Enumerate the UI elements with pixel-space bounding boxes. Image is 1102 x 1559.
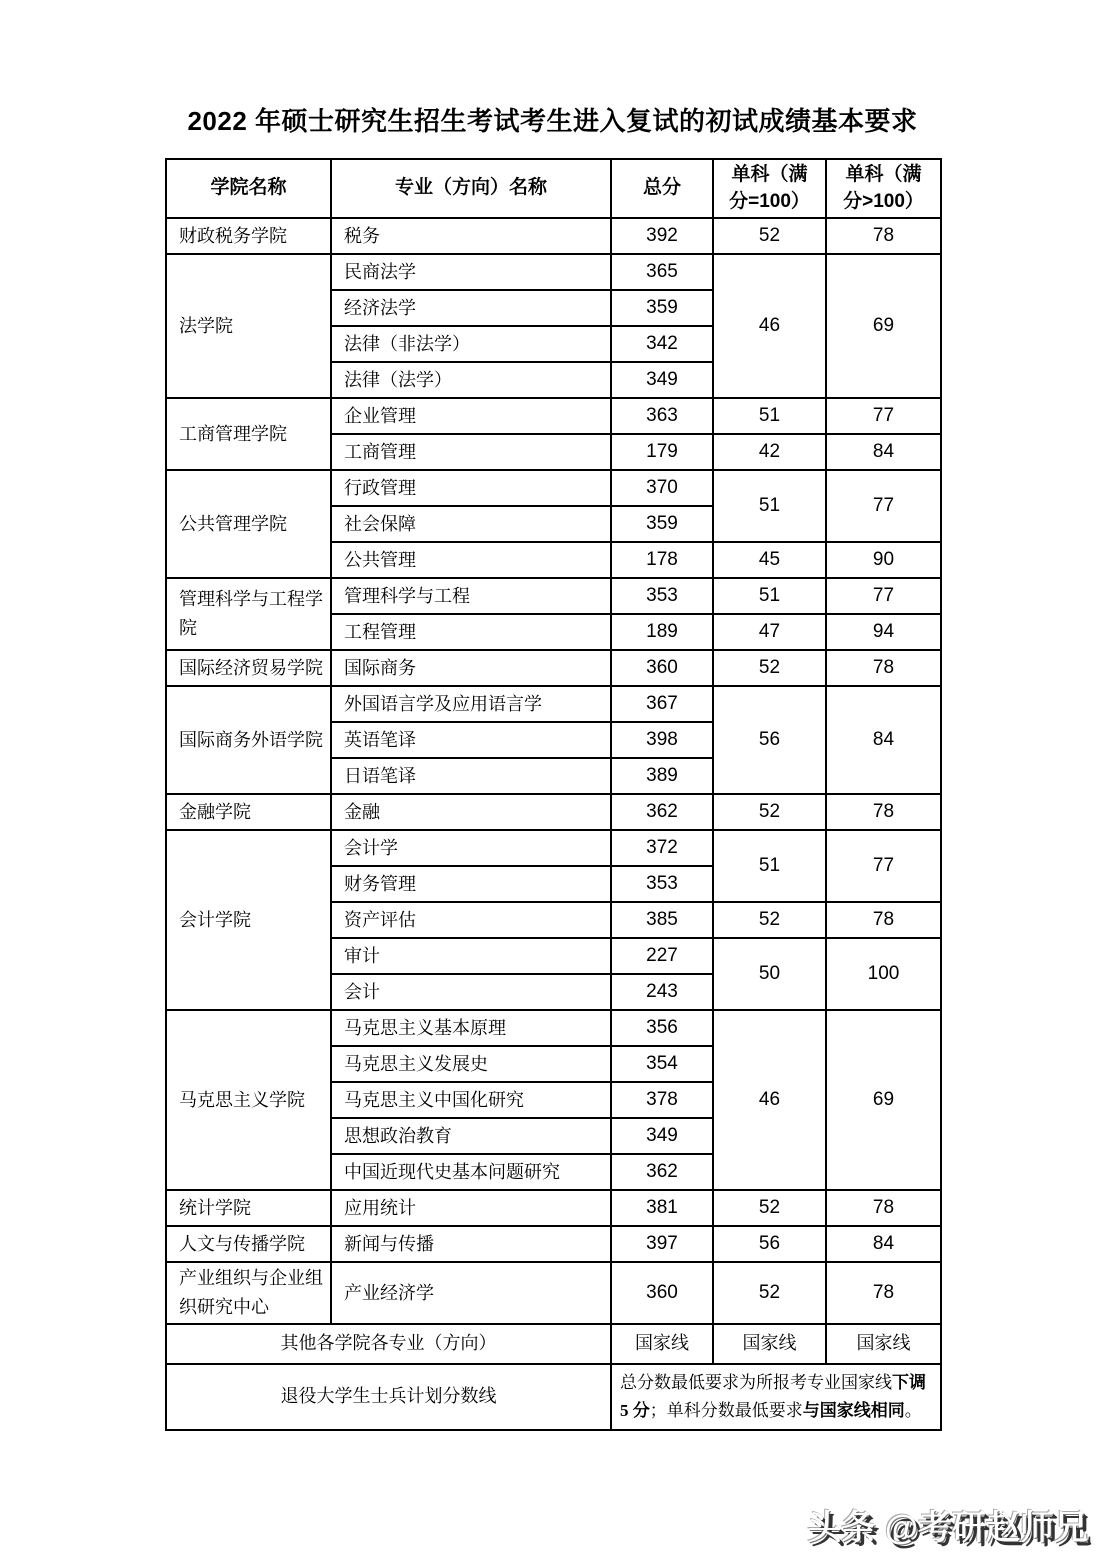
score-value-cell: 90 (826, 542, 941, 578)
table-row: 国际经济贸易学院国际商务3605278 (166, 650, 941, 686)
score-value-cell: 360 (611, 650, 713, 686)
score-value-cell: 385 (611, 902, 713, 938)
major-name-cell: 行政管理 (331, 470, 611, 506)
header-cell: 学院名称 (166, 159, 331, 218)
score-value-cell: 359 (611, 506, 713, 542)
score-value-cell: 398 (611, 722, 713, 758)
note-cell: 总分数最低要求为所报考专业国家线下调 5 分；单科分数最低要求与国家线相同。 (611, 1364, 941, 1430)
score-value-cell: 84 (826, 686, 941, 794)
major-name-cell: 法律（法学） (331, 362, 611, 398)
score-value-cell: 362 (611, 1154, 713, 1190)
table-row: 管理科学与工程学院管理科学与工程3535177 (166, 578, 941, 614)
table-row: 统计学院应用统计3815278 (166, 1190, 941, 1226)
score-value-cell: 397 (611, 1226, 713, 1262)
major-name-cell: 民商法学 (331, 254, 611, 290)
major-name-cell: 财务管理 (331, 866, 611, 902)
college-name-cell: 财政税务学院 (166, 218, 331, 254)
score-value-cell: 78 (826, 218, 941, 254)
college-name-cell: 金融学院 (166, 794, 331, 830)
major-name-cell: 产业经济学 (331, 1262, 611, 1324)
college-name-cell: 人文与传播学院 (166, 1226, 331, 1262)
score-value-cell: 356 (611, 1010, 713, 1046)
major-name-cell: 资产评估 (331, 902, 611, 938)
score-value-cell: 42 (713, 434, 826, 470)
score-value-cell: 353 (611, 578, 713, 614)
note-text: 。 (905, 1401, 922, 1420)
score-value-cell: 77 (826, 578, 941, 614)
major-name-cell: 日语笔译 (331, 758, 611, 794)
national-line-cell: 国家线 (713, 1324, 826, 1364)
major-name-cell: 应用统计 (331, 1190, 611, 1226)
score-value-cell: 178 (611, 542, 713, 578)
document-page: 2022 年硕士研究生招生考试考生进入复试的初试成绩基本要求 学院名称专业（方向… (0, 0, 1102, 1559)
score-value-cell: 381 (611, 1190, 713, 1226)
major-name-cell: 金融 (331, 794, 611, 830)
major-name-cell: 工商管理 (331, 434, 611, 470)
college-name-cell: 会计学院 (166, 830, 331, 1010)
major-name-cell: 审计 (331, 938, 611, 974)
score-value-cell: 51 (713, 398, 826, 434)
score-value-cell: 78 (826, 650, 941, 686)
score-value-cell: 359 (611, 290, 713, 326)
major-name-cell: 税务 (331, 218, 611, 254)
score-value-cell: 52 (713, 902, 826, 938)
major-name-cell: 思想政治教育 (331, 1118, 611, 1154)
score-value-cell: 189 (611, 614, 713, 650)
score-value-cell: 363 (611, 398, 713, 434)
score-value-cell: 354 (611, 1046, 713, 1082)
score-value-cell: 45 (713, 542, 826, 578)
score-value-cell: 349 (611, 1118, 713, 1154)
major-name-cell: 马克思主义中国化研究 (331, 1082, 611, 1118)
table-row: 马克思主义学院马克思主义基本原理3564669 (166, 1010, 941, 1046)
score-value-cell: 392 (611, 218, 713, 254)
college-name-cell: 法学院 (166, 254, 331, 398)
score-value-cell: 84 (826, 1226, 941, 1262)
college-name-cell: 马克思主义学院 (166, 1010, 331, 1190)
score-value-cell: 78 (826, 902, 941, 938)
score-value-cell: 362 (611, 794, 713, 830)
college-name-cell: 统计学院 (166, 1190, 331, 1226)
score-value-cell: 360 (611, 1262, 713, 1324)
major-name-cell: 经济法学 (331, 290, 611, 326)
score-value-cell: 52 (713, 1262, 826, 1324)
merged-label-cell: 退役大学生士兵计划分数线 (166, 1364, 611, 1430)
header-cell: 单科（满 分>100） (826, 159, 941, 218)
score-value-cell: 69 (826, 1010, 941, 1190)
national-line-cell: 国家线 (826, 1324, 941, 1364)
score-value-cell: 56 (713, 1226, 826, 1262)
table-row: 退役大学生士兵计划分数线总分数最低要求为所报考专业国家线下调 5 分；单科分数最… (166, 1364, 941, 1430)
score-value-cell: 342 (611, 326, 713, 362)
score-value-cell: 51 (713, 830, 826, 902)
note-text: 总分数最低要求为所报考专业国家线 (620, 1373, 892, 1392)
table-row: 财政税务学院税务3925278 (166, 218, 941, 254)
score-value-cell: 52 (713, 218, 826, 254)
national-line-cell: 国家线 (611, 1324, 713, 1364)
major-name-cell: 英语笔译 (331, 722, 611, 758)
major-name-cell: 会计学 (331, 830, 611, 866)
table-body: 财政税务学院税务3925278法学院民商法学3654669经济法学359法律（非… (166, 218, 941, 1430)
score-value-cell: 52 (713, 1190, 826, 1226)
major-name-cell: 法律（非法学） (331, 326, 611, 362)
major-name-cell: 社会保障 (331, 506, 611, 542)
major-name-cell: 会计 (331, 974, 611, 1010)
score-value-cell: 78 (826, 1262, 941, 1324)
table-row: 金融学院金融3625278 (166, 794, 941, 830)
score-value-cell: 389 (611, 758, 713, 794)
score-value-cell: 51 (713, 578, 826, 614)
major-name-cell: 公共管理 (331, 542, 611, 578)
major-name-cell: 管理科学与工程 (331, 578, 611, 614)
score-value-cell: 370 (611, 470, 713, 506)
score-value-cell: 367 (611, 686, 713, 722)
score-value-cell: 78 (826, 1190, 941, 1226)
score-value-cell: 353 (611, 866, 713, 902)
score-value-cell: 100 (826, 938, 941, 1010)
college-name-cell: 产业组织与企业组织研究中心 (166, 1262, 331, 1324)
college-name-cell: 公共管理学院 (166, 470, 331, 578)
score-value-cell: 56 (713, 686, 826, 794)
table-row: 工商管理学院企业管理3635177 (166, 398, 941, 434)
table-row: 公共管理学院行政管理3705177 (166, 470, 941, 506)
score-value-cell: 46 (713, 254, 826, 398)
major-name-cell: 国际商务 (331, 650, 611, 686)
header-row: 学院名称专业（方向）名称总分单科（满 分=100）单科（满 分>100） (166, 159, 941, 218)
score-value-cell: 179 (611, 434, 713, 470)
score-table: 学院名称专业（方向）名称总分单科（满 分=100）单科（满 分>100） 财政税… (165, 158, 942, 1431)
score-value-cell: 47 (713, 614, 826, 650)
merged-label-cell: 其他各学院各专业（方向） (166, 1324, 611, 1364)
score-value-cell: 77 (826, 470, 941, 542)
college-name-cell: 工商管理学院 (166, 398, 331, 470)
header-cell: 单科（满 分=100） (713, 159, 826, 218)
score-value-cell: 378 (611, 1082, 713, 1118)
score-value-cell: 365 (611, 254, 713, 290)
table-row: 法学院民商法学3654669 (166, 254, 941, 290)
note-bold-text: 与国家线相同 (803, 1401, 905, 1420)
page-title: 2022 年硕士研究生招生考试考生进入复试的初试成绩基本要求 (165, 101, 940, 138)
score-value-cell: 50 (713, 938, 826, 1010)
score-value-cell: 51 (713, 470, 826, 542)
major-name-cell: 外国语言学及应用语言学 (331, 686, 611, 722)
score-value-cell: 69 (826, 254, 941, 398)
score-value-cell: 243 (611, 974, 713, 1010)
major-name-cell: 新闻与传播 (331, 1226, 611, 1262)
table-row: 产业组织与企业组织研究中心产业经济学3605278 (166, 1262, 941, 1324)
score-value-cell: 372 (611, 830, 713, 866)
college-name-cell: 管理科学与工程学院 (166, 578, 331, 650)
note-text: ；单科分数最低要求 (650, 1401, 803, 1420)
score-value-cell: 77 (826, 830, 941, 902)
score-value-cell: 52 (713, 794, 826, 830)
major-name-cell: 马克思主义基本原理 (331, 1010, 611, 1046)
score-value-cell: 52 (713, 650, 826, 686)
table-row: 会计学院会计学3725177 (166, 830, 941, 866)
score-value-cell: 227 (611, 938, 713, 974)
score-value-cell: 46 (713, 1010, 826, 1190)
score-value-cell: 349 (611, 362, 713, 398)
score-value-cell: 78 (826, 794, 941, 830)
score-value-cell: 84 (826, 434, 941, 470)
score-value-cell: 94 (826, 614, 941, 650)
major-name-cell: 企业管理 (331, 398, 611, 434)
table-row: 其他各学院各专业（方向）国家线国家线国家线 (166, 1324, 941, 1364)
table-row: 国际商务外语学院外国语言学及应用语言学3675684 (166, 686, 941, 722)
major-name-cell: 工程管理 (331, 614, 611, 650)
table-header: 学院名称专业（方向）名称总分单科（满 分=100）单科（满 分>100） (166, 159, 941, 218)
major-name-cell: 中国近现代史基本问题研究 (331, 1154, 611, 1190)
college-name-cell: 国际经济贸易学院 (166, 650, 331, 686)
major-name-cell: 马克思主义发展史 (331, 1046, 611, 1082)
watermark: 头条 @考研赵师兄 (807, 1500, 1088, 1549)
header-cell: 专业（方向）名称 (331, 159, 611, 218)
college-name-cell: 国际商务外语学院 (166, 686, 331, 794)
table-row: 人文与传播学院新闻与传播3975684 (166, 1226, 941, 1262)
score-value-cell: 77 (826, 398, 941, 434)
header-cell: 总分 (611, 159, 713, 218)
